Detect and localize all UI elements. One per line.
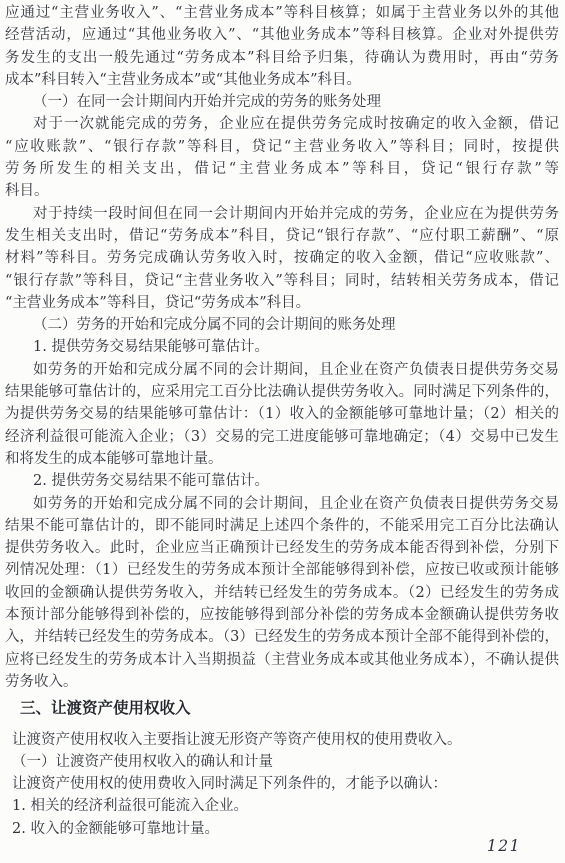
text-line: 让渡资产使用权的使用费收入同时满足下列条件的，才能予以确认： <box>5 773 559 795</box>
text-line: 科目。 <box>5 180 559 202</box>
text-line: 列情况处理：（1）已经发生的劳务成本预计全部能够得到补偿，应按已收或预计能够 <box>5 559 559 581</box>
document-page: 应通过“主营业务收入”、“主营业务成本”等科目核算；如属于主营业务以外的其他经营… <box>0 0 565 863</box>
text-line: （一）让渡资产使用权收入的确认和计量 <box>5 751 559 773</box>
text-line: 让渡资产使用权收入主要指让渡无形资产等资产使用权的使用费收入。 <box>5 729 559 751</box>
text-line: 应通过“主营业务收入”、“主营业务成本”等科目核算；如属于主营业务以外的其他 <box>5 2 559 24</box>
text-line: 和将发生的成本能够可靠地计量。 <box>5 448 559 470</box>
text-line: 2. 提供劳务交易结果不能可靠估计。 <box>5 470 559 492</box>
text-line: 提供劳务收入。此时，企业应当正确预计已经发生的劳务成本能否得到补偿，分别下 <box>5 537 559 559</box>
text-line: 结果不能可靠估计的，即不能同时满足上述四个条件的，不能采用完工百分比法确认 <box>5 515 559 537</box>
text-line: 1. 提供劳务交易结果能够可靠估计。 <box>5 336 559 358</box>
section-heading: 三、让渡资产使用权收入 <box>5 697 559 719</box>
text-line: （一）在同一会计期间内开始并完成的劳务的账务处理 <box>5 91 559 113</box>
text-line: 劳务收入。 <box>5 671 559 693</box>
text-line: 1. 相关的经济利益很可能流入企业。 <box>5 795 559 817</box>
text-line: 入，并结转已经发生的劳务成本。（3）已经发生的劳务成本预计全部不能得到补偿的， <box>5 626 559 648</box>
text-line: 如劳务的开始和完成分属不同的会计期间，且企业在资产负债表日提供劳务交易 <box>5 359 559 381</box>
text-line: 经营活动，应通过“其他业务收入”、“其他业务成本”等科目核算。企业对外提供劳 <box>5 24 559 46</box>
text-line: 本预计部分能够得到补偿的，应按能够得到部分补偿的劳务成本金额确认提供劳务收 <box>5 604 559 626</box>
text-line: 材料”等科目。劳务完成确认劳务收入时，按确定的收入金额，借记“应收账款”、 <box>5 247 559 269</box>
text-line: 务发生的支出一般先通过“劳务成本”科目给予归集，待确认为费用时，再由“劳务 <box>5 47 559 69</box>
text-block: 应通过“主营业务收入”、“主营业务成本”等科目核算；如属于主营业务以外的其他经营… <box>5 2 559 840</box>
text-line: （二）劳务的开始和完成分属不同的会计期间的账务处理 <box>5 314 559 336</box>
text-line: 结果能够可靠估计的，应采用完工百分比法确认提供劳务收入。同时满足下列条件的， <box>5 381 559 403</box>
text-line: 发生相关支出时，借记“劳务成本”科目，贷记“银行存款”、“应付职工薪酬”、“原 <box>5 225 559 247</box>
text-line: “银行存款”等科目，贷记“主营业务收入”等科目；同时，结转相关劳务成本，借记 <box>5 270 559 292</box>
text-line: 收回的金额确认提供劳务收入，并结转已经发生的劳务成本。（2）已经发生的劳务成 <box>5 582 559 604</box>
text-line: 2. 收入的金额能够可靠地计量。 <box>5 818 559 840</box>
text-line: 如劳务的开始和完成分属不同的会计期间，且企业在资产负债表日提供劳务交易 <box>5 493 559 515</box>
text-line: 劳务所发生的相关支出，借记“主营业务成本”等科目，贷记“银行存款”等 <box>5 158 559 180</box>
text-line: 成本”科目转入“主营业务成本”或“其他业务成本”科目。 <box>5 69 559 91</box>
text-line: 经济利益很可能流入企业；（3）交易的完工进度能够可靠地确定；（4）交易中已发生 <box>5 426 559 448</box>
page-number: 121 <box>487 837 521 855</box>
text-line: 为提供劳务交易的结果能够可靠估计：（1）收入的金额能够可靠地计量；（2）相关的 <box>5 403 559 425</box>
text-line: 对于持续一段时间但在同一会计期间内开始并完成的劳务，企业应在为提供劳务 <box>5 203 559 225</box>
text-line: 对于一次就能完成的劳务，企业应在提供劳务完成时按确定的收入金额，借记 <box>5 113 559 135</box>
text-line: “主营业务成本”等科目，贷记“劳务成本”科目。 <box>5 292 559 314</box>
text-line: 应将已经发生的劳务成本计入当期损益（主营业务成本或其他业务成本），不确认提供 <box>5 649 559 671</box>
text-line: “应收账款”、“银行存款”等科目，贷记“主营业务收入”等科目；同时，按提供 <box>5 136 559 158</box>
